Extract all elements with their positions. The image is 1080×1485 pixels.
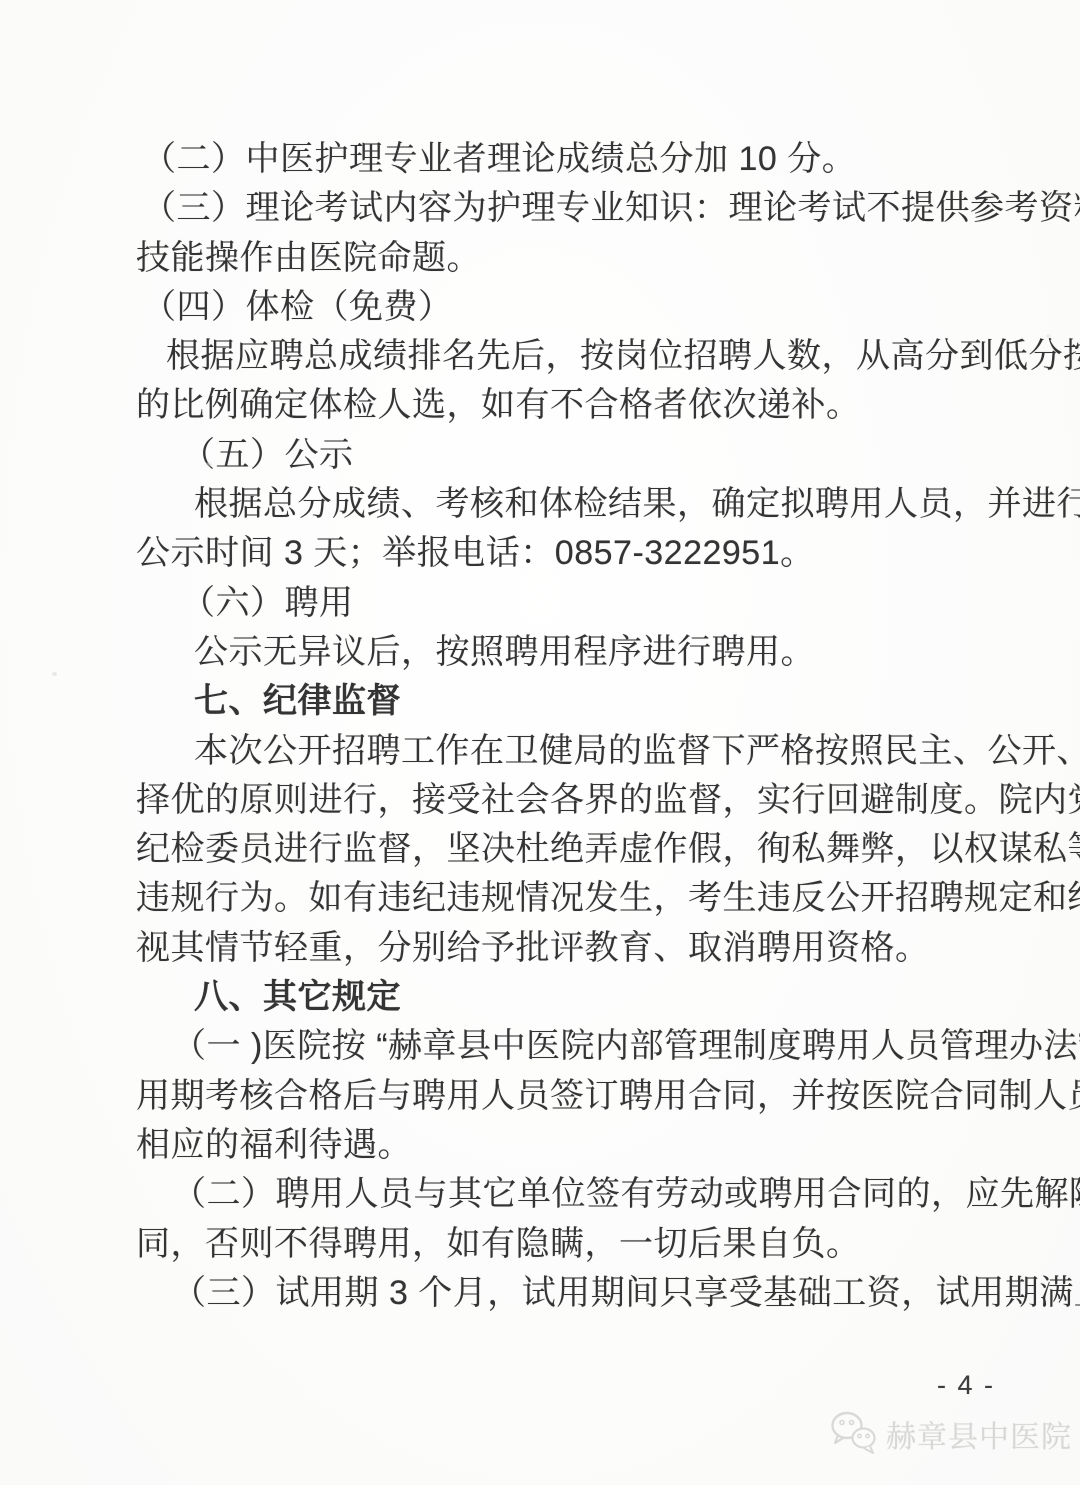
document-line: 的比例确定体检人选，如有不合格者依次递补。 — [136, 381, 1080, 430]
document-line: （六）聘用 — [181, 579, 1080, 628]
document-body: （二）中医护理专业者理论成绩总分加 10 分。 （三）理论考试内容为护理专业知识… — [0, 135, 1080, 1318]
document-line: 用期考核合格后与聘用人员签订聘用合同，并按医院合同制人员享受 — [136, 1072, 1080, 1121]
document-line: 同，否则不得聘用，如有隐瞒，一切后果自负。 — [136, 1220, 1080, 1269]
document-line: 相应的福利待遇。 — [136, 1121, 1080, 1170]
section-heading: 八、其它规定 — [194, 973, 1080, 1022]
document-line: （二）中医护理专业者理论成绩总分加 10 分。 — [142, 135, 1080, 184]
wechat-icon — [830, 1410, 880, 1458]
scan-speck — [52, 672, 57, 676]
scanned-document-page: （二）中医护理专业者理论成绩总分加 10 分。 （三）理论考试内容为护理专业知识… — [0, 0, 1080, 1485]
document-line: （一 )医院按 “赫章县中医院内部管理制度聘用人员管理办法” 试 — [172, 1022, 1080, 1071]
document-line: （二）聘用人员与其它单位签有劳动或聘用合同的，应先解除原合 — [172, 1170, 1080, 1219]
section-heading: 七、纪律监督 — [194, 677, 1080, 726]
document-line: 根据应聘总成绩排名先后，按岗位招聘人数，从高分到低分按 1：1 — [166, 332, 1080, 381]
document-line: （三）试用期 3 个月，试用期间只享受基础工资，试用期满且考核 — [172, 1269, 1080, 1318]
document-line: （三）理论考试内容为护理专业知识：理论考试不提供参考资料， — [142, 184, 1080, 233]
document-line: 视其情节轻重，分别给予批评教育、取消聘用资格。 — [136, 924, 1080, 973]
document-line: 违规行为。如有违纪违规情况发生，考生违反公开招聘规定和纪律的， — [136, 874, 1080, 923]
document-line: 公示无异议后，按照聘用程序进行聘用。 — [194, 628, 1080, 677]
document-line: 公示时间 3 天；举报电话：0857-3222951。 — [136, 529, 1080, 578]
document-line: 纪检委员进行监督，坚决杜绝弄虚作假，徇私舞弊，以权谋私等违纪 — [136, 825, 1080, 874]
document-line: （五）公示 — [181, 431, 1080, 480]
scan-speck — [1046, 334, 1051, 338]
page-number: - 4 - — [937, 1370, 995, 1401]
watermark-text: 赫章县中医院 — [886, 1412, 1072, 1456]
document-line: 本次公开招聘工作在卫健局的监督下严格按照民主、公开、竞争、 — [194, 727, 1080, 776]
document-line: （四）体检（免费） — [142, 283, 1080, 332]
document-line: 根据总分成绩、考核和体检结果，确定拟聘用人员，并进行公示； — [194, 480, 1080, 529]
scan-speck — [206, 462, 212, 467]
watermark: 赫章县中医院 — [830, 1410, 1072, 1458]
document-line: 技能操作由医院命题。 — [136, 234, 1080, 283]
document-line: 择优的原则进行，接受社会各界的监督，实行回避制度。院内党支部 — [136, 776, 1080, 825]
